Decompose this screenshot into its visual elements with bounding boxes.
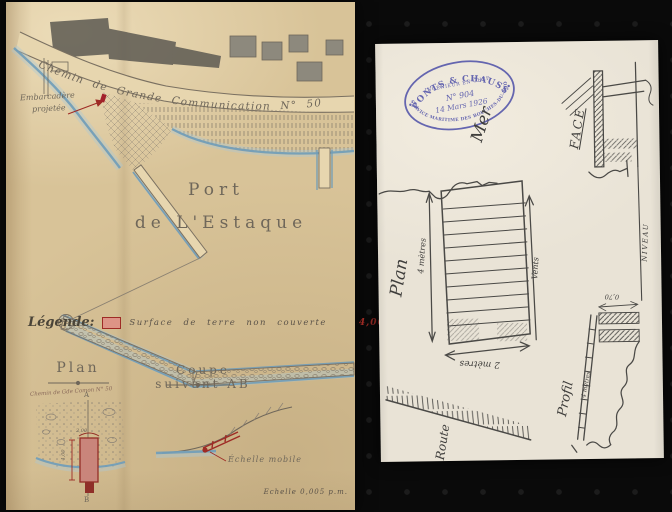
legend-description: Surface de terre non couverte [129,318,327,328]
map-drawing: Chemin de Grande Communication N° 50 [6,2,355,510]
buildings-blocks [230,35,343,81]
section-marker-b: B [84,496,89,504]
label-vents: Vents [530,257,540,280]
embarcadere-annotation-line2: projetée [32,103,66,114]
plan-heading: Plan [42,360,114,376]
map-scale-note: Echelle 0,005 p.m. [236,488,348,496]
port-title-line2: de L'Estaque [131,213,311,233]
map-document-port-estaque: Chemin de Grande Communication N° 50 [6,2,355,510]
pier-dim-width: 2,00 [76,428,87,434]
label-dim-070: 0,70 [605,293,620,301]
archive-photo-canvas: { "left_document": { "road_label": "Chem… [0,0,672,512]
coupe-subdrawing [156,403,292,461]
label-dim-2m: 2 mètres [459,358,500,370]
section-marker-a: A [84,391,89,399]
label-niveau: NIVEAU [641,223,650,262]
pier-lines [134,165,207,258]
route-hatching [386,384,531,442]
pier-dim-length: 4,00 [61,449,67,460]
legend-color-swatch [102,317,121,329]
basin-inner-line [70,258,200,320]
legend-label: Légende: [28,315,94,330]
port-title-line1: Port [161,180,271,200]
echelle-mobile-label: Échelle mobile [228,455,302,464]
plan-subdrawing [36,400,125,496]
right-pier [317,148,332,190]
sketch-document-embarcadere: PONTS & CHAUSSÉES INGÉNIEUR EN CHEF N° 9… [375,40,664,462]
coupe-heading: Coupe suivant AB [144,363,262,391]
